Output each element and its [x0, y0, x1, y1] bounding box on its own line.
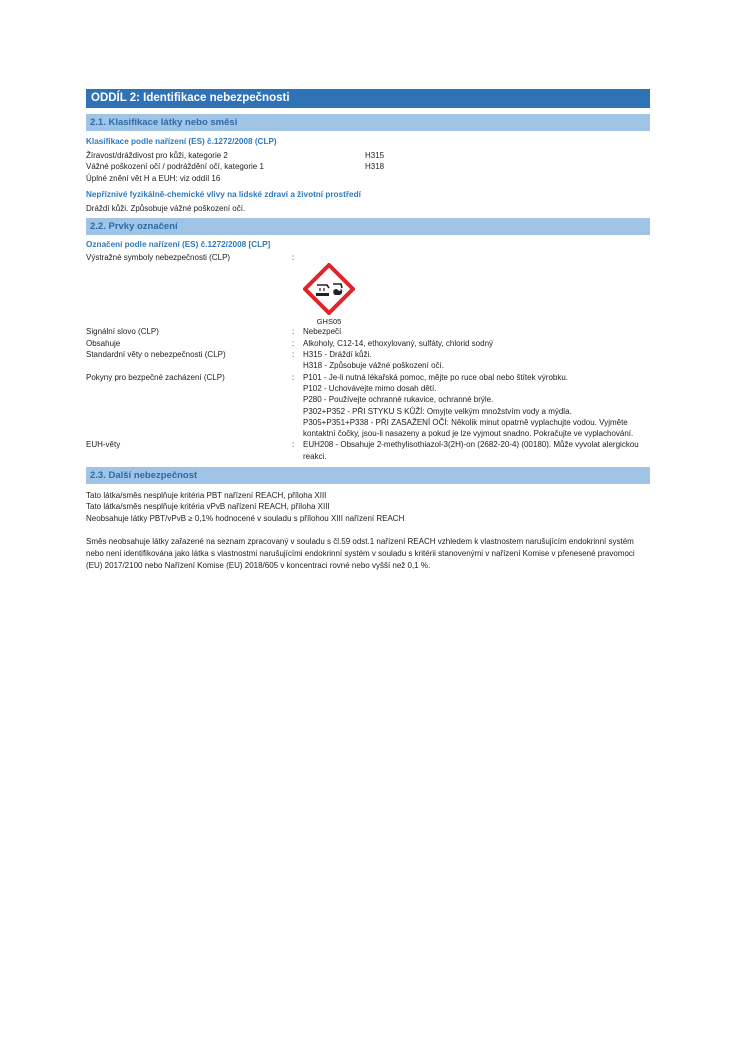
subsection-2-2-title: 2.2. Prvky označení — [86, 218, 650, 235]
pictogram-code: GHS05 — [303, 317, 355, 326]
precautionary-statement: P280 - Používejte ochranné rukavice, och… — [303, 394, 650, 405]
signal-word-value: Nebezpečí — [303, 326, 650, 337]
pictogram: GHS05 — [303, 263, 355, 326]
hazard-statements-row: Standardní věty o nebezpečnosti (CLP) : … — [86, 349, 650, 372]
contains-row: Obsahuje : Alkoholy, C12-14, ethoxylovan… — [86, 338, 650, 349]
classification-code: H318 — [365, 161, 384, 172]
pictogram-row: Výstražné symboly nebezpečnosti (CLP) : — [86, 252, 650, 263]
subsection-2-1-title: 2.1. Klasifikace látky nebo směsi — [86, 114, 650, 131]
effects-title: Nepříznivé fyzikálně-chemické vlivy na l… — [86, 189, 650, 200]
classification-code: H315 — [365, 150, 384, 161]
other-hazard-line: Tato látka/směs nesplňuje kritéria vPvB … — [86, 501, 650, 512]
section-title: ODDÍL 2: Identifikace nebezpečnosti — [86, 89, 650, 108]
precautionary-statements-row: Pokyny pro bezpečné zacházení (CLP) : P1… — [86, 372, 650, 440]
precautionary-statement: P102 - Uchovávejte mimo dosah dětí. — [303, 383, 650, 394]
euh-statement: EUH208 - Obsahuje 2-methylisothiazol-3(2… — [303, 439, 650, 462]
endocrine-paragraph: Směs neobsahuje látky zařazené na seznam… — [86, 536, 650, 572]
subsection-2-3-title: 2.3. Další nebezpečnost — [86, 467, 650, 484]
hazard-statement: H315 - Dráždí kůži. — [303, 349, 650, 360]
contains-label: Obsahuje — [86, 338, 292, 349]
ghs05-corrosion-icon — [303, 263, 355, 315]
classification-row: Vážné poškození očí / podráždění očí, ka… — [86, 161, 650, 172]
full-text-note: Úplné znění vět H a EUH: viz oddíl 16 — [86, 173, 650, 184]
other-hazard-line: Neobsahuje látky PBT/vPvB ≥ 0,1% hodnoce… — [86, 513, 650, 524]
sds-section-2: ODDÍL 2: Identifikace nebezpečnosti 2.1.… — [86, 89, 650, 572]
classification-subtitle: Klasifikace podle nařízení (ES) č.1272/2… — [86, 136, 650, 147]
precautionary-statements-label: Pokyny pro bezpečné zacházení (CLP) — [86, 372, 292, 440]
pictogram-label: Výstražné symboly nebezpečnosti (CLP) — [86, 252, 292, 263]
euh-statements-label: EUH-věty — [86, 439, 292, 462]
hazard-statements-label: Standardní věty o nebezpečnosti (CLP) — [86, 349, 292, 372]
effects-text: Dráždí kůži. Způsobuje vážné poškození o… — [86, 203, 650, 214]
signal-word-row: Signální slovo (CLP) : Nebezpečí — [86, 326, 650, 337]
precautionary-statement: P302+P352 - PŘI STYKU S KŮŽÍ: Omyjte vel… — [303, 406, 650, 417]
precautionary-statement: P101 - Je-li nutná lékařská pomoc, mějte… — [303, 372, 650, 383]
classification-label: Vážné poškození očí / podráždění očí, ka… — [86, 161, 365, 172]
classification-row: Žíravost/dráždivost pro kůži, kategorie … — [86, 150, 650, 161]
contains-value: Alkoholy, C12-14, ethoxylovaný, sulfáty,… — [303, 338, 650, 349]
classification-label: Žíravost/dráždivost pro kůži, kategorie … — [86, 150, 365, 161]
hazard-statement: H318 - Způsobuje vážné poškození očí. — [303, 360, 650, 371]
euh-statements-row: EUH-věty : EUH208 - Obsahuje 2-methyliso… — [86, 439, 650, 462]
labelling-subtitle: Označení podle nařízení (ES) č.1272/2008… — [86, 239, 650, 250]
signal-word-label: Signální slovo (CLP) — [86, 326, 292, 337]
other-hazard-line: Tato látka/směs nesplňuje kritéria PBT n… — [86, 490, 650, 501]
precautionary-statement: P305+P351+P338 - PŘI ZASAŽENÍ OČÍ: Někol… — [303, 417, 650, 440]
